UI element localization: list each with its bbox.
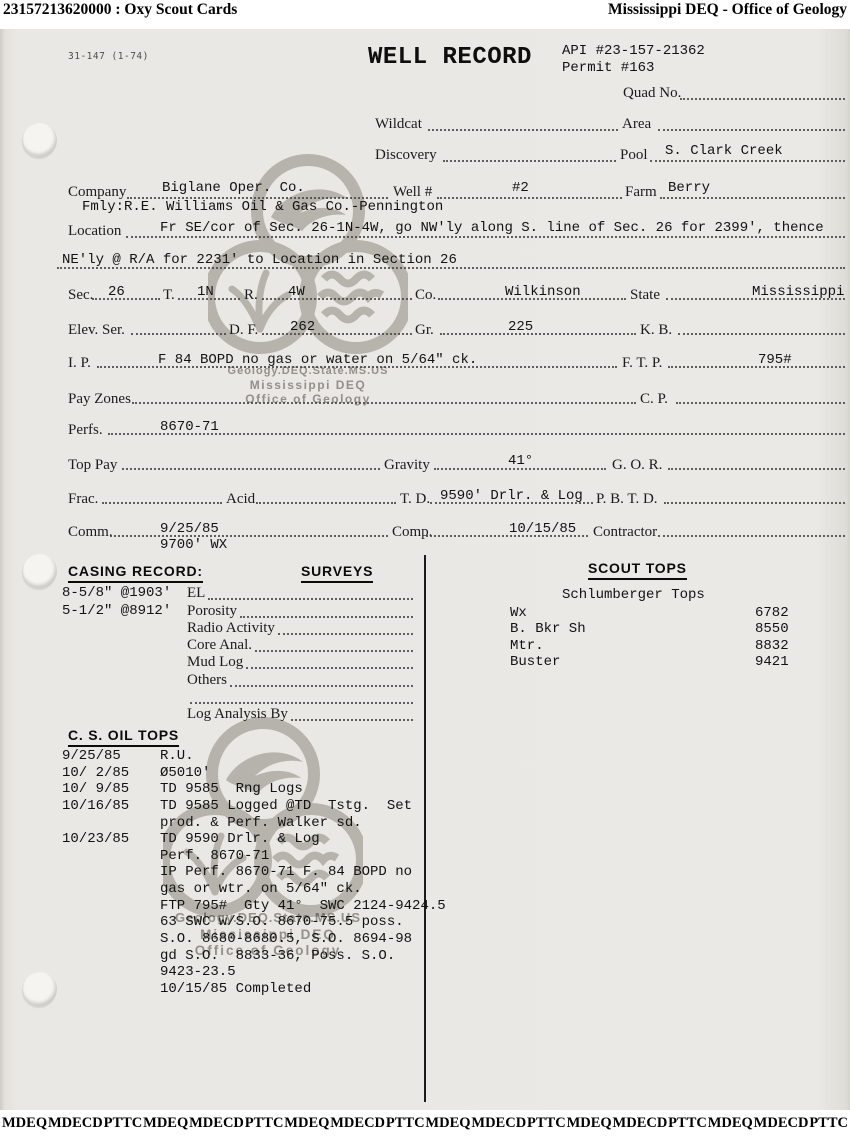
entry-date <box>62 948 160 965</box>
watermark-text: Geology.DEQ.State.MS.US Mississippi DEQ … <box>183 364 433 406</box>
dotted-line <box>126 236 845 238</box>
footer-token: MDECD <box>754 1115 809 1132</box>
permit-number: Permit #163 <box>562 60 654 76</box>
dotted-line <box>278 633 413 635</box>
entry-text: TD 9590 Drlr. & Log <box>160 831 320 848</box>
footer-token: PTTC <box>809 1115 848 1132</box>
dotted-line <box>262 333 412 335</box>
cp-label: C. P. <box>640 391 668 408</box>
dotted-line <box>430 502 593 504</box>
dotted-line <box>676 402 845 404</box>
comp-label: Comp. <box>392 524 432 541</box>
dotted-line <box>230 685 413 687</box>
survey-row <box>187 689 413 706</box>
entry-date: 10/ 2/85 <box>62 765 160 782</box>
entry-text: Perf. 8670-71 <box>160 848 269 865</box>
gor-label: G. O. R. <box>612 457 662 474</box>
dotted-line <box>262 298 412 300</box>
survey-item-label: Radio Activity <box>187 620 278 637</box>
footer-token: PTTC <box>527 1115 566 1132</box>
dotted-line <box>92 298 160 300</box>
footer-token: MDEQ <box>2 1115 47 1132</box>
dotted-line <box>658 129 845 131</box>
oil-top-entry: Perf. 8670-71 <box>62 848 482 865</box>
dotted-line <box>650 160 845 162</box>
oil-top-entry: 9423-23.5 <box>62 964 482 981</box>
hole-punch <box>23 972 57 1006</box>
footer-token: PTTC <box>668 1115 707 1132</box>
sec-label: Sec. <box>68 287 93 304</box>
range-label: R. <box>244 287 258 304</box>
entry-text: 10/15/85 Completed <box>160 981 311 998</box>
ftp-label: F. T. P. <box>622 355 662 372</box>
dotted-line <box>678 333 845 335</box>
scout-top-row: Wx6782 <box>510 605 810 621</box>
surveys-heading: SURVEYS <box>301 563 373 583</box>
form-title: WELL RECORD <box>368 44 532 71</box>
footer-token: MDECD <box>330 1115 385 1132</box>
entry-date: 10/23/85 <box>62 831 160 848</box>
survey-item-label: Mud Log <box>187 654 246 671</box>
entry-date: 10/16/85 <box>62 798 160 815</box>
county-label: Co. <box>415 287 436 304</box>
dotted-line <box>132 402 636 404</box>
frac-label: Frac. <box>68 491 98 508</box>
top-pay-label: Top Pay <box>68 457 117 474</box>
entry-text: gd S.O. 8833-36, Poss. S.O. <box>160 948 395 965</box>
entry-text: R.U. <box>160 748 194 765</box>
perfs-label: Perfs. <box>68 422 103 439</box>
dotted-line <box>658 535 845 537</box>
dotted-line <box>440 333 636 335</box>
survey-row: Core Anal. <box>187 637 413 654</box>
dotted-line <box>255 650 413 652</box>
dotted-line <box>434 468 606 470</box>
farm-label: Farm <box>625 184 657 201</box>
oil-top-entry: S.O. 8680-8680.5, S.O. 8694-98 <box>62 931 482 948</box>
entry-text: prod. & Perf. Walker sd. <box>160 815 362 832</box>
oil-top-entry: 10/ 2/85Ø5010' <box>62 765 482 782</box>
entry-text: TD 9585 Logged @TD Tstg. Set <box>160 798 412 815</box>
ip-label: I. P. <box>68 355 91 372</box>
dotted-line <box>428 129 618 131</box>
survey-row: Others <box>187 671 413 688</box>
footer-token: MDECD <box>471 1115 526 1132</box>
dotted-line <box>680 98 845 100</box>
dotted-line <box>97 366 617 368</box>
pbtd-label: P. B. T. D. <box>596 491 658 508</box>
footer-token: PTTC <box>245 1115 284 1132</box>
comm-label: Comm. <box>68 524 113 541</box>
entry-date: 10/ 9/85 <box>62 781 160 798</box>
footer-token: MDEQ <box>284 1115 329 1132</box>
elev-ser-label: Elev. Ser. <box>68 322 125 339</box>
formation-name: B. Bkr Sh <box>510 621 755 637</box>
oil-top-entry: 10/ 9/85TD 9585 Rng Logs <box>62 781 482 798</box>
oil-top-entry: 10/16/85TD 9585 Logged @TD Tstg. Set <box>62 798 482 815</box>
scout-top-row: Buster9421 <box>510 654 810 670</box>
hole-punch <box>23 123 57 157</box>
dotted-line <box>122 468 380 470</box>
footer-token: MDEQ <box>143 1115 188 1132</box>
cs-oil-tops-log: 9/25/85R.U.10/ 2/85Ø5010'10/ 9/85TD 9585… <box>62 748 482 998</box>
township-label: T. <box>163 287 175 304</box>
footer-token: PTTC <box>104 1115 143 1132</box>
entry-text: 63 SWC w/S.O. 8670-75.5 poss. <box>160 914 404 931</box>
casing-record-heading: CASING RECORD: <box>68 563 203 583</box>
dotted-line <box>660 197 845 199</box>
oil-top-entry: 10/15/85 Completed <box>62 981 482 998</box>
discovery-label: Discovery <box>375 147 437 164</box>
entry-text: TD 9585 Rng Logs <box>160 781 303 798</box>
watermark-line: Mississippi DEQ <box>183 378 433 392</box>
dotted-line <box>437 197 622 199</box>
entry-text: 9423-23.5 <box>160 964 236 981</box>
dotted-line <box>110 535 388 537</box>
document-id-title: 23157213620000 : Oxy Scout Cards <box>3 1 237 19</box>
dotted-line <box>108 433 845 435</box>
formation-depth: 8550 <box>755 621 789 637</box>
scout-top-row: B. Bkr Sh8550 <box>510 621 810 637</box>
farm-value: Berry <box>668 180 710 196</box>
oil-top-entry: prod. & Perf. Walker sd. <box>62 815 482 832</box>
quad-no-label: Quad No. <box>623 85 681 102</box>
dotted-line <box>664 502 845 504</box>
dotted-line <box>240 616 413 618</box>
dotted-line <box>178 298 240 300</box>
wildcat-label: Wildcat <box>375 116 422 133</box>
contractor-label: Contractor <box>593 524 657 541</box>
survey-item-label: Core Anal. <box>187 637 255 654</box>
entry-text: gas or wtr. on 5/64" ck. <box>160 881 362 898</box>
company-value: Biglane Oper. Co. <box>162 180 305 196</box>
dotted-line <box>666 298 845 300</box>
state-label: State <box>630 287 660 304</box>
survey-row: Mud Log <box>187 654 413 671</box>
kb-label: K. B. <box>640 322 672 339</box>
survey-row: Log Analysis By <box>187 706 413 723</box>
formation-depth: 8832 <box>755 638 789 654</box>
scanned-well-record-page: 23157213620000 : Oxy Scout Cards Mississ… <box>0 0 850 1137</box>
entry-date <box>62 881 160 898</box>
entry-text: IP Perf. 8670-71 F. 84 BOPD no <box>160 864 412 881</box>
entry-date: 9/25/85 <box>62 748 160 765</box>
scout-top-row: Mtr.8832 <box>510 638 810 654</box>
entry-date <box>62 898 160 915</box>
location-label: Location <box>68 223 121 240</box>
location-value-line2: NE'ly @ R/A for 2231' to Location in Sec… <box>62 252 457 268</box>
entry-date <box>62 964 160 981</box>
entry-date <box>62 914 160 931</box>
gr-label: Gr. <box>415 322 434 339</box>
agency-title: Mississippi DEQ - Office of Geology <box>608 1 847 19</box>
hole-punch <box>23 554 57 588</box>
survey-row: Radio Activity <box>187 620 413 637</box>
cs-oil-tops-heading: C. S. OIL TOPS <box>68 727 179 747</box>
entry-text: Ø5010' <box>160 765 210 782</box>
gravity-value: 41° <box>508 453 533 469</box>
dotted-line <box>102 502 222 504</box>
td-label: T. D. <box>400 491 430 508</box>
scanned-document: Geology.DEQ.State.MS.US Mississippi DEQ … <box>0 29 850 1110</box>
oil-top-entry: IP Perf. 8670-71 F. 84 BOPD no <box>62 864 482 881</box>
dotted-line <box>443 160 616 162</box>
api-number: API #23-157-21362 <box>562 43 705 59</box>
pay-zones-label: Pay Zones <box>68 391 131 408</box>
footer-token: MDEQ <box>708 1115 753 1132</box>
dotted-line <box>246 667 413 669</box>
dotted-line <box>131 333 226 335</box>
dotted-line <box>668 366 845 368</box>
oil-top-entry: gd S.O. 8833-36, Poss. S.O. <box>62 948 482 965</box>
footer-token: MDEQ <box>567 1115 612 1132</box>
entry-date <box>62 815 160 832</box>
formation-name: Buster <box>510 654 755 670</box>
dotted-line <box>668 468 845 470</box>
oil-top-entry: 9/25/85R.U. <box>62 748 482 765</box>
oil-top-entry: gas or wtr. on 5/64" ck. <box>62 881 482 898</box>
oil-top-entry: FTP 795# Gty 41° SWC 2124-9424.5 <box>62 898 482 915</box>
dotted-line <box>291 719 413 721</box>
form-number: 31-147 (1-74) <box>68 51 149 62</box>
survey-item-label: Others <box>187 672 230 689</box>
oil-top-entry: 63 SWC w/S.O. 8670-75.5 poss. <box>62 914 482 931</box>
pool-value: S. Clark Creek <box>665 143 783 159</box>
survey-row: Porosity <box>187 602 413 619</box>
entry-date <box>62 981 160 998</box>
df-label: D. F. <box>229 322 258 339</box>
entry-text: S.O. 8680-8680.5, S.O. 8694-98 <box>160 931 412 948</box>
survey-item-label: Log Analysis By <box>187 706 291 723</box>
dotted-line <box>438 298 626 300</box>
entry-text: FTP 795# Gty 41° SWC 2124-9424.5 <box>160 898 446 915</box>
viewer-header: 23157213620000 : Oxy Scout Cards Mississ… <box>0 0 850 29</box>
footer-token: MDEQ <box>425 1115 470 1132</box>
gravity-label: Gravity <box>384 457 430 474</box>
survey-item-label: Porosity <box>187 603 240 620</box>
dotted-line <box>190 702 413 704</box>
oil-top-entry: 10/23/85TD 9590 Drlr. & Log <box>62 831 482 848</box>
comm-value-line2: 9700' WX <box>160 537 227 553</box>
casing-entry: 8-5/8" @1903' <box>62 585 171 601</box>
footer-token: MDECD <box>48 1115 103 1132</box>
dotted-line <box>57 267 845 269</box>
footer-token: MDECD <box>189 1115 244 1132</box>
well-no-value: #2 <box>512 180 529 196</box>
survey-row: EL <box>187 585 413 602</box>
formation-depth: 6782 <box>755 605 789 621</box>
formation-name: Wx <box>510 605 755 621</box>
casing-entry: 5-1/2" @8912' <box>62 603 171 619</box>
viewer-footer: MDEQMDECDPTTCMDEQMDECDPTTCMDEQMDECDPTTCM… <box>0 1110 850 1137</box>
surveys-list: ELPorosityRadio ActivityCore Anal.Mud Lo… <box>187 585 413 723</box>
entry-date <box>62 931 160 948</box>
area-label: Area <box>622 116 651 133</box>
survey-item-label: EL <box>187 585 208 602</box>
scout-tops-heading: SCOUT TOPS <box>588 560 687 580</box>
dotted-line <box>426 535 588 537</box>
footer-token: PTTC <box>386 1115 425 1132</box>
entry-date <box>62 864 160 881</box>
footer-token: MDECD <box>613 1115 668 1132</box>
dotted-line <box>208 598 413 600</box>
formation-depth: 9421 <box>755 654 789 670</box>
scout-tops-table: Wx6782B. Bkr Sh8550Mtr.8832Buster9421 <box>510 605 810 671</box>
scout-tops-subheading: Schlumberger Tops <box>562 587 705 603</box>
formerly-note: Fmly:R.E. Williams Oil & Gas Co.-Penning… <box>82 199 443 215</box>
location-value-line1: Fr SE/cor of Sec. 26-1N-4W, go NW'ly alo… <box>160 220 824 236</box>
pool-label: Pool <box>620 147 648 164</box>
acid-label: Acid <box>226 491 255 508</box>
dotted-line <box>256 502 396 504</box>
formation-name: Mtr. <box>510 638 755 654</box>
entry-date <box>62 848 160 865</box>
